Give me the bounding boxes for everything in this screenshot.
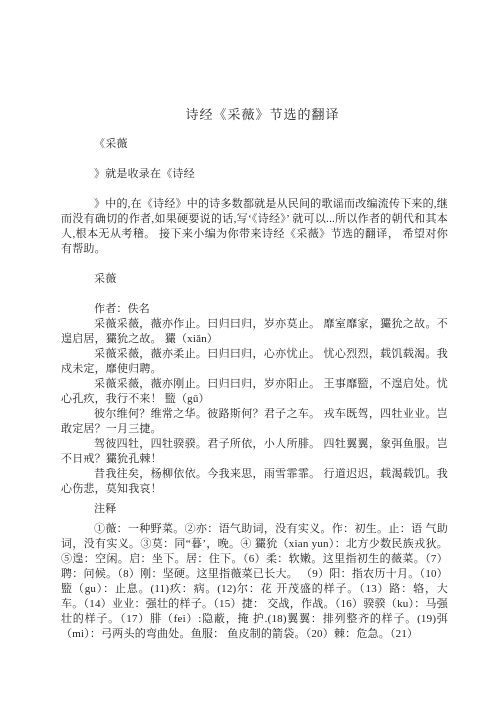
- poem-stanza: 昔我往矣，杨柳依依。今我来思，雨雪霏霏。 行道迟迟，载渴载饥。我心伤悲，莫知我哀…: [61, 467, 448, 497]
- notes-heading: 注释: [61, 502, 448, 517]
- document-page: 诗经《采薇》节选的翻译 《采薇 》就是收录在《诗经 》中的,在《诗经》中的诗多数…: [0, 0, 504, 713]
- intro-line-1: 《采薇: [61, 137, 448, 152]
- poem-stanza: 采薇采薇，薇亦作止。曰归曰归，岁亦莫止。 靡室靡家，玁狁之故。不遑启居，玁狁之故…: [61, 317, 448, 347]
- poem-stanza: 采薇采薇，薇亦刚止。曰归曰归，岁亦阳止。 王事靡盬，不遑启处。忧心孔疚，我行不来…: [61, 377, 448, 407]
- poem-stanza: 驾彼四牡，四牡骙骙。君子所依，小人所腓。 四牡翼翼，象弭鱼服。岂不日戒？玁狁孔棘…: [61, 437, 448, 467]
- document-content: 诗经《采薇》节选的翻译 《采薇 》就是收录在《诗经 》中的,在《诗经》中的诗多数…: [0, 0, 504, 642]
- poem-author: 作者：佚名: [61, 302, 448, 317]
- notes-body: ①薇：一种野菜。②亦：语气助词，没有实义。作：初生。止：语 气助词，没有实义。③…: [61, 522, 448, 642]
- intro-line-2: 》就是收录在《诗经: [61, 167, 448, 182]
- poem-stanza: 彼尔维何？维常之华。彼路斯何？君子之车。 戎车既驾，四牡业业。岂敢定居？一月三捷…: [61, 407, 448, 437]
- intro-paragraph: 》中的,在《诗经》中的诗多数都就是从民间的歌谣而改编流传下来的,继而没有确切的作…: [61, 197, 448, 257]
- page-title: 诗经《采薇》节选的翻译: [61, 107, 448, 122]
- poem-stanza: 采薇采薇，薇亦柔止。曰归曰归，心亦忧止。 忧心烈烈，载饥载渴。我戍未定，靡使归聘…: [61, 347, 448, 377]
- poem-heading: 采薇: [61, 272, 448, 287]
